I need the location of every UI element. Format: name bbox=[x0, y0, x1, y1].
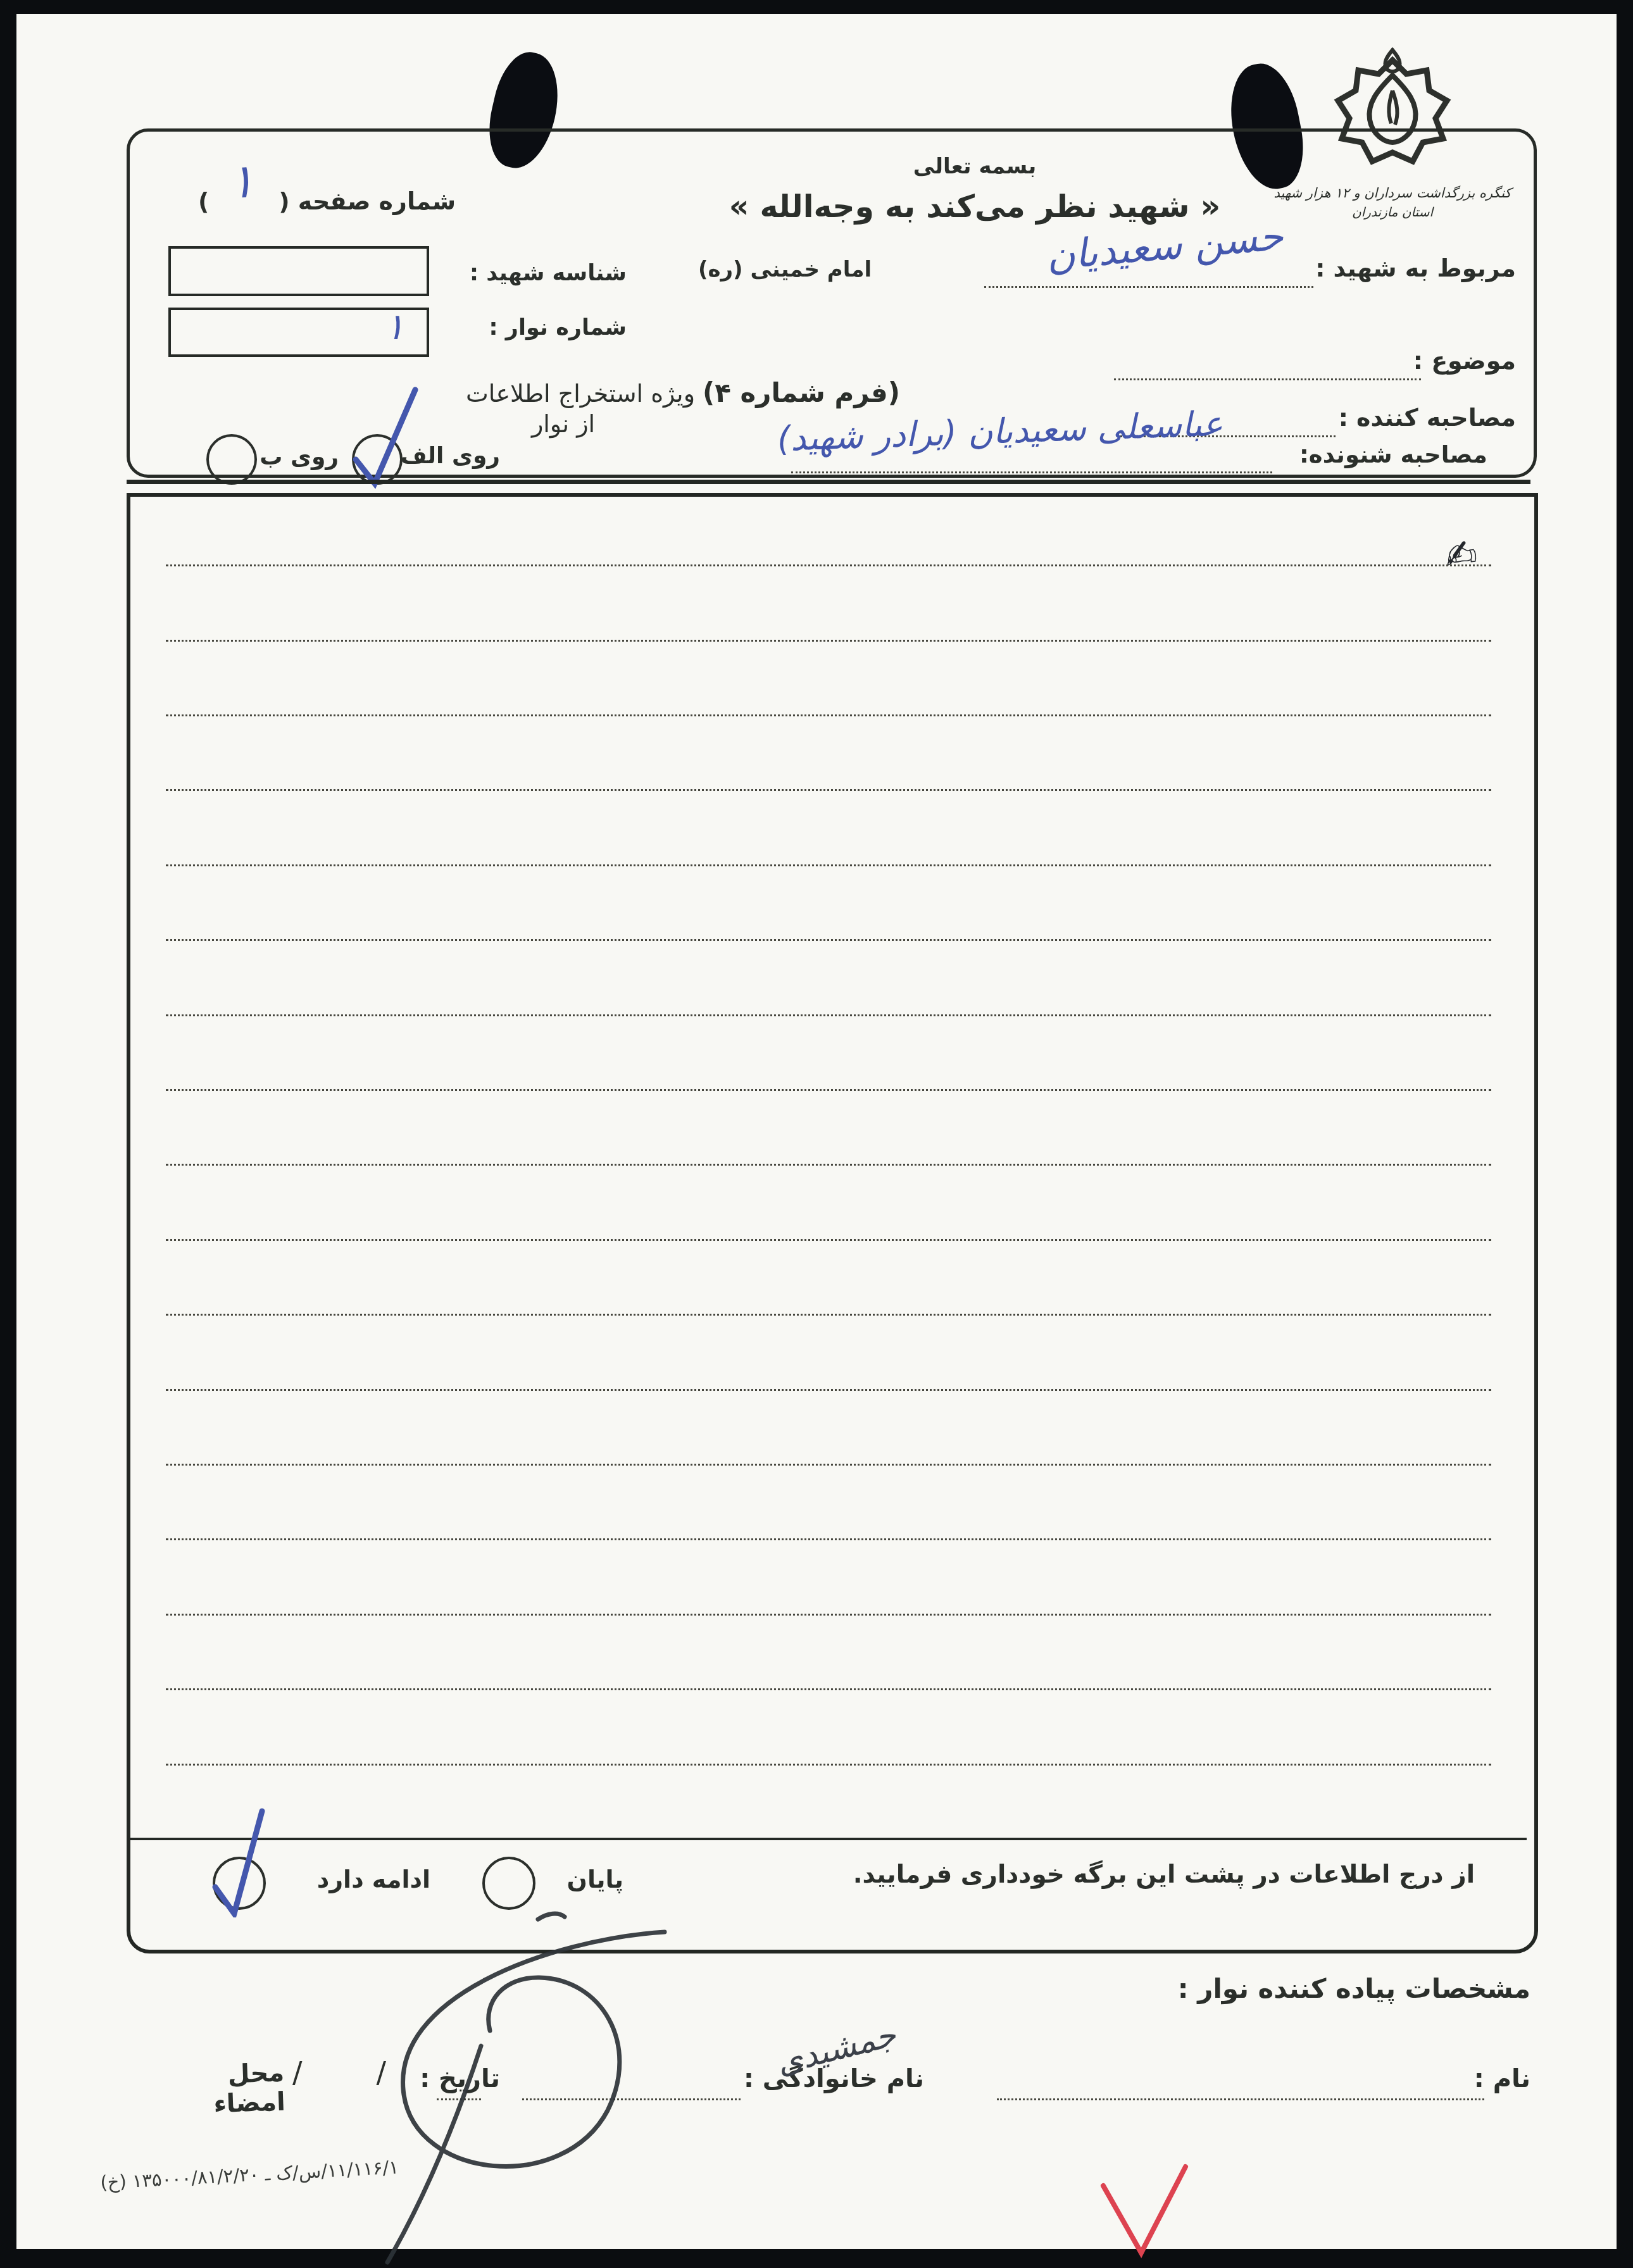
footer-note: از درج اطلاعات در پشت این برگه خودداری ف… bbox=[853, 1860, 1475, 1889]
continue-check-icon bbox=[204, 1797, 273, 1917]
ruled-line bbox=[166, 1614, 1491, 1616]
red-check-icon bbox=[1086, 2159, 1196, 2264]
ruled-line bbox=[166, 714, 1491, 716]
transcriber-heading: مشخصات پیاده کننده نوار : bbox=[1178, 1973, 1530, 2004]
end-label: پایان bbox=[566, 1866, 623, 1893]
form-no-line2: از نوار bbox=[468, 410, 658, 438]
side-b-label: روی ب bbox=[260, 444, 339, 470]
page-no-value: ۱ bbox=[227, 154, 256, 210]
ruled-line bbox=[166, 1314, 1491, 1316]
related-dotted-line bbox=[984, 286, 1313, 288]
listener-label: مصاحبه شنونده: bbox=[1299, 441, 1487, 468]
form-no-line: (فرم شماره ۴) ویژه استخراج اطلاعات bbox=[466, 377, 900, 408]
martyr-id-label: شناسه شهید : bbox=[470, 261, 627, 286]
ruled-line bbox=[166, 864, 1491, 866]
form-no-rest: ویژه استخراج اطلاعات bbox=[466, 380, 695, 408]
ruled-line bbox=[166, 1464, 1491, 1466]
continue-label: ادامه دارد bbox=[317, 1866, 430, 1893]
ruled-line bbox=[166, 1239, 1491, 1241]
footer-separator bbox=[130, 1838, 1527, 1840]
form-no-bold: (فرم شماره ۴) bbox=[703, 377, 900, 408]
tape-no-label: شماره نوار : bbox=[489, 315, 627, 340]
bismillah: بسمه تعالی bbox=[848, 154, 1101, 179]
name-label: نام : bbox=[1474, 2064, 1530, 2093]
ruled-line bbox=[166, 789, 1491, 791]
listener-dotted-line bbox=[791, 471, 1272, 473]
side-b-radio bbox=[206, 434, 257, 485]
side-a-check-icon bbox=[342, 378, 424, 492]
signature-label: محل امضاء bbox=[151, 2058, 285, 2121]
imam-line: امام خمینی (ره) bbox=[690, 257, 880, 282]
ruled-line bbox=[166, 640, 1491, 642]
writing-hand-icon: ✍ bbox=[1442, 530, 1479, 579]
ruled-line bbox=[166, 1538, 1491, 1540]
ruled-line bbox=[166, 1089, 1491, 1091]
ruled-line bbox=[166, 939, 1491, 941]
page-no-label: شماره صفحه () bbox=[158, 187, 456, 215]
ruled-line bbox=[166, 1764, 1491, 1766]
ruled-line bbox=[166, 1389, 1491, 1391]
name-dotted-line bbox=[997, 2098, 1484, 2100]
scanned-form-page: کنگره بزرگداشت سرداران و ۱۲ هزار شهید اس… bbox=[0, 0, 1633, 2268]
tape-no-value: ۱ bbox=[385, 305, 404, 348]
ruled-line bbox=[166, 564, 1491, 566]
end-radio bbox=[482, 1857, 535, 1910]
subject-dotted-line bbox=[1114, 378, 1421, 380]
ruled-line bbox=[166, 1014, 1491, 1016]
subject-label: موضوع : bbox=[1413, 347, 1516, 375]
ruled-line bbox=[166, 1688, 1491, 1690]
martyr-id-box bbox=[168, 246, 429, 296]
signature-flourish bbox=[329, 1908, 734, 2268]
ruled-line bbox=[166, 1164, 1491, 1166]
body-box bbox=[127, 493, 1538, 1953]
related-label: مربوط به شهید : bbox=[1315, 254, 1516, 282]
interviewer-label: مصاحبه کننده : bbox=[1339, 404, 1516, 432]
body-box-top-rule bbox=[127, 480, 1530, 484]
